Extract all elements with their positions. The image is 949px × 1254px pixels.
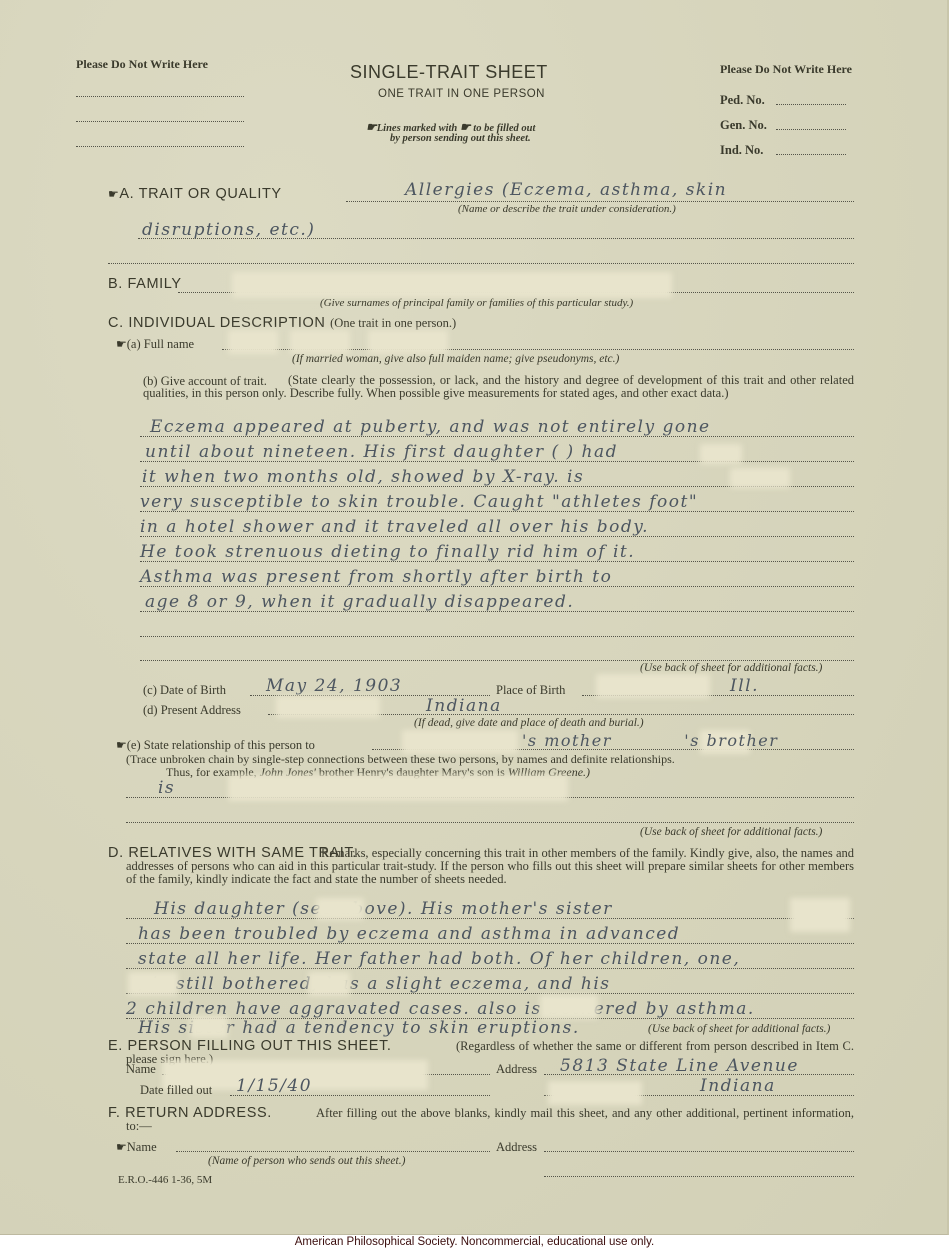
return-name-field[interactable] [176, 1151, 490, 1152]
account-text-line: Asthma was present from shortly after bi… [140, 567, 612, 587]
account-text-line: until about nineteen. His first daughter… [145, 442, 618, 462]
filler-address-label: Address [496, 1062, 537, 1077]
filler-city-state: Indiana [700, 1076, 776, 1096]
trait-caption: (Name or describe the trait under consid… [458, 203, 676, 215]
account-redacted-name-2 [730, 468, 790, 488]
relatives-text-line: state all her life. Her father had both.… [138, 949, 740, 969]
trait-value-line2: disruptions, etc.) [142, 220, 315, 240]
account-instructions: (State clearly the possession, or lack, … [143, 374, 854, 400]
pointing-hand-icon: ☛ [116, 1140, 127, 1154]
account-text-line: Eczema appeared at puberty, and was not … [150, 417, 711, 437]
section-c-heading: C. INDIVIDUAL DESCRIPTION (One trait in … [108, 315, 456, 331]
return-address-field[interactable] [544, 1151, 854, 1152]
relationship-value: 's mother 's brother [522, 731, 778, 750]
pob-redacted [596, 674, 710, 698]
dob-label: (c) Date of Birth [143, 683, 226, 698]
ped-no-label: Ped. No. [720, 93, 765, 108]
trait-field-line[interactable] [346, 201, 854, 202]
back-of-sheet-note-1: (Use back of sheet for additional facts.… [640, 662, 822, 674]
pob-state: Ill. [730, 676, 759, 696]
trait-field-line-3[interactable] [108, 263, 854, 264]
return-name-caption: (Name of person who sends out this sheet… [208, 1155, 405, 1167]
trait-value-line1: Allergies (Eczema, asthma, skin [405, 180, 727, 200]
full-name-redacted-1 [228, 330, 278, 354]
back-of-sheet-note-3: (Use back of sheet for additional facts.… [648, 1023, 830, 1035]
filler-city-redacted [548, 1081, 642, 1105]
full-name-label: ☛(a) Full name [116, 337, 194, 352]
relationship-line-3[interactable] [126, 822, 854, 823]
section-f-instructions: After filling out the above blanks, kind… [126, 1107, 854, 1133]
section-d-instructions: Remarks, especially concerning this trai… [126, 847, 854, 886]
present-address-label: (d) Present Address [143, 703, 241, 718]
account-line-9[interactable] [140, 636, 854, 637]
right-office-notice: Please Do Not Write Here [720, 62, 852, 77]
full-name-caption: (If married woman, give also full maiden… [292, 353, 619, 365]
ind-no-label: Ind. No. [720, 143, 763, 158]
account-line-10[interactable] [140, 660, 854, 661]
return-address-label: Address [496, 1140, 537, 1155]
full-name-redacted-2 [290, 330, 350, 354]
return-address-field-2[interactable] [544, 1176, 854, 1177]
address-caption: (If dead, give date and place of death a… [414, 717, 644, 729]
family-caption: (Give surnames of principal family or fa… [320, 297, 633, 309]
section-a-heading: ☛A. TRAIT OR QUALITY [108, 186, 282, 202]
account-text-line: in a hotel shower and it traveled all ov… [140, 517, 649, 537]
pointing-hand-icon: ☛ [460, 120, 471, 134]
gen-no-label: Gen. No. [720, 118, 767, 133]
left-office-notice: Please Do Not Write Here [76, 57, 208, 72]
relatives-redacted-6 [190, 1016, 228, 1038]
relatives-redacted-3 [128, 972, 178, 996]
relatives-redacted-4 [308, 972, 350, 996]
relationship-label: ☛(e) State relationship of this person t… [116, 738, 315, 753]
ped-no-field[interactable] [776, 104, 846, 105]
pob-label: Place of Birth [496, 683, 565, 698]
account-redacted-name-1 [700, 444, 742, 464]
relatives-text-line: has been troubled by eczema and asthma i… [138, 924, 680, 944]
relatives-text-line: , is still bothered, has a slight eczema… [138, 974, 611, 994]
back-of-sheet-note-2: (Use back of sheet for additional facts.… [640, 826, 822, 838]
form-sheet: Please Do Not Write Here SINGLE-TRAIT SH… [0, 0, 949, 1235]
date-filled-label: Date filled out [140, 1083, 212, 1098]
address-state: Indiana [426, 696, 502, 716]
dob-value: May 24, 1903 [266, 676, 402, 696]
ind-no-field[interactable] [776, 154, 846, 155]
relationship-line-2-redacted [228, 775, 568, 801]
form-subtitle: ONE TRAIT IN ONE PERSON [378, 88, 545, 100]
full-name-redacted-3 [368, 330, 448, 354]
pointing-hand-icon: ☛ [116, 337, 127, 351]
office-line-1 [76, 96, 244, 97]
form-code: E.R.O.-446 1-36, 5M [118, 1174, 212, 1186]
relatives-redacted-1 [316, 898, 364, 920]
pointing-hand-icon: ☛ [366, 120, 377, 134]
filler-address-value: 5813 State Line Avenue [560, 1056, 799, 1076]
relatives-redacted-2 [790, 898, 850, 932]
form-title: SINGLE-TRAIT SHEET [350, 62, 548, 83]
account-text-line: it when two months old, showed by X-ray.… [142, 467, 584, 487]
account-text-line: very susceptible to skin trouble. Caught… [140, 492, 698, 512]
copyright-footer: American Philosophical Society. Noncomme… [0, 1236, 949, 1248]
family-redacted-value [232, 272, 672, 298]
pointing-hand-icon: ☛ [108, 187, 119, 201]
office-line-2 [76, 121, 244, 122]
return-name-label: ☛Name [116, 1140, 157, 1155]
section-b-heading: B. FAMILY [108, 276, 182, 292]
relationship-line-2-value: is [158, 778, 175, 798]
gen-no-field[interactable] [776, 129, 846, 130]
instruction-note-line2: by person sending out this sheet. [390, 133, 531, 144]
account-text-line: He took strenuous dieting to finally rid… [140, 542, 635, 562]
relationship-redacted-1 [402, 730, 518, 754]
filler-name-label: Name [126, 1062, 156, 1077]
office-line-3 [76, 146, 244, 147]
relatives-text-line: His daughter (see above). His mother's s… [154, 899, 613, 919]
pointing-hand-icon: ☛ [116, 738, 127, 752]
relatives-redacted-5 [540, 995, 598, 1019]
account-text-line: age 8 or 9, when it gradually disappeare… [145, 592, 574, 612]
date-filled-value: 1/15/40 [236, 1076, 312, 1096]
address-redacted [276, 696, 380, 718]
